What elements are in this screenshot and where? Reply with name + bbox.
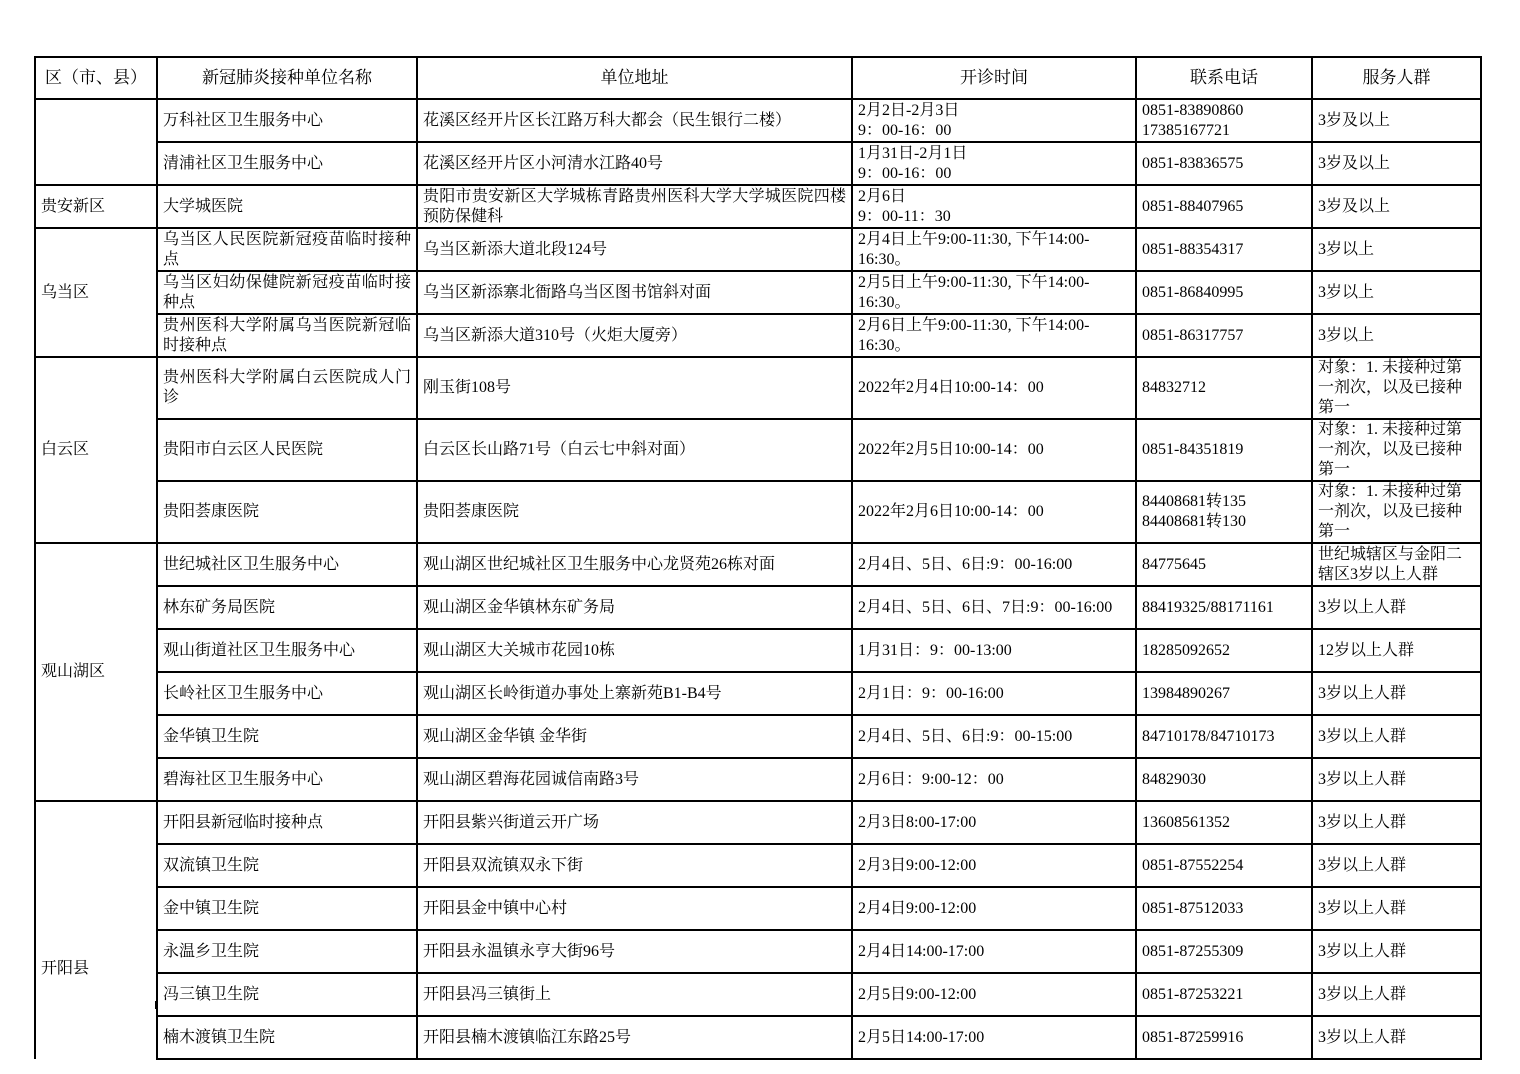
phone-cell: 0851-83890860 17385167721: [1136, 99, 1312, 142]
time-cell: 2月6日 9：00-11：30: [852, 185, 1136, 228]
service-cell: 对象：1. 未接种过第一剂次，以及已接种第一: [1312, 481, 1481, 543]
service-cell: 对象：1. 未接种过第一剂次，以及已接种第一: [1312, 357, 1481, 419]
time-cell: 2月3日9:00-12:00: [852, 844, 1136, 887]
service-cell: 3岁以上: [1312, 271, 1481, 314]
service-cell: 世纪城辖区与金阳二辖区3岁以上人群: [1312, 543, 1481, 586]
service-cell: 3岁以上人群: [1312, 887, 1481, 930]
unit-name-cell: 楠木渡镇卫生院: [157, 1016, 417, 1059]
time-cell: 2月4日、5日、6日、7日:9：00-16:00: [852, 586, 1136, 629]
phone-cell: 0851-86840995: [1136, 271, 1312, 314]
address-cell: 刚玉街108号: [417, 357, 852, 419]
table-row: 白云区贵州医科大学附属白云医院成人门诊刚玉街108号2022年2月4日10:00…: [35, 357, 1481, 419]
unit-name-cell: 贵阳市白云区人民医院: [157, 419, 417, 481]
phone-cell: 0851-87259916: [1136, 1016, 1312, 1059]
region-cell: 观山湖区: [35, 543, 157, 801]
header-time: 开诊时间: [852, 57, 1136, 99]
time-cell: 2月1日：9：00-16:00: [852, 672, 1136, 715]
table-row: 乌当区妇幼保健院新冠疫苗临时接种点乌当区新添寨北衙路乌当区图书馆斜对面2月5日上…: [35, 271, 1481, 314]
time-cell: 2022年2月5日10:00-14：00: [852, 419, 1136, 481]
table-row: 贵安新区大学城医院贵阳市贵安新区大学城栋青路贵州医科大学大学城医院四楼预防保健科…: [35, 185, 1481, 228]
phone-cell: 88419325/88171161: [1136, 586, 1312, 629]
phone-cell: 0851-84351819: [1136, 419, 1312, 481]
address-cell: 开阳县双流镇双永下街: [417, 844, 852, 887]
address-cell: 开阳县冯三镇街上: [417, 973, 852, 1016]
unit-name-cell: 世纪城社区卫生服务中心: [157, 543, 417, 586]
phone-cell: 0851-86317757: [1136, 314, 1312, 357]
service-cell: 3岁及以上: [1312, 185, 1481, 228]
column-border-stub: [155, 1001, 157, 1009]
phone-cell: 18285092652: [1136, 629, 1312, 672]
header-row: 区（市、县） 新冠肺炎接种单位名称 单位地址 开诊时间 联系电话 服务人群: [35, 57, 1481, 99]
vaccination-sites-table: 区（市、县） 新冠肺炎接种单位名称 单位地址 开诊时间 联系电话 服务人群 万科…: [34, 56, 1482, 1060]
table-row: 贵州医科大学附属乌当医院新冠临时接种点乌当区新添大道310号（火炬大厦旁）2月6…: [35, 314, 1481, 357]
service-cell: 12岁以上人群: [1312, 629, 1481, 672]
address-cell: 乌当区新添大道310号（火炬大厦旁）: [417, 314, 852, 357]
header-region: 区（市、县）: [35, 57, 157, 99]
address-cell: 乌当区新添大道北段124号: [417, 228, 852, 271]
service-cell: 3岁以上人群: [1312, 1016, 1481, 1059]
service-cell: 3岁以上: [1312, 228, 1481, 271]
time-cell: 2月3日8:00-17:00: [852, 801, 1136, 844]
table-row: 观山街道社区卫生服务中心观山湖区大关城市花园10栋1月31日：9：00-13:0…: [35, 629, 1481, 672]
unit-name-cell: 万科社区卫生服务中心: [157, 99, 417, 142]
unit-name-cell: 乌当区妇幼保健院新冠疫苗临时接种点: [157, 271, 417, 314]
unit-name-cell: 清浦社区卫生服务中心: [157, 142, 417, 185]
address-cell: 白云区长山路71号（白云七中斜对面）: [417, 419, 852, 481]
address-cell: 乌当区新添寨北衙路乌当区图书馆斜对面: [417, 271, 852, 314]
address-cell: 观山湖区金华镇林东矿务局: [417, 586, 852, 629]
phone-cell: 0851-87255309: [1136, 930, 1312, 973]
table-row: 冯三镇卫生院开阳县冯三镇街上2月5日9:00-12:000851-8725322…: [35, 973, 1481, 1016]
service-cell: 3岁以上人群: [1312, 973, 1481, 1016]
phone-cell: 0851-87512033: [1136, 887, 1312, 930]
phone-cell: 84710178/84710173: [1136, 715, 1312, 758]
unit-name-cell: 长岭社区卫生服务中心: [157, 672, 417, 715]
address-cell: 花溪区经开片区长江路万科大都会（民生银行二楼）: [417, 99, 852, 142]
table-row: 万科社区卫生服务中心花溪区经开片区长江路万科大都会（民生银行二楼）2月2日-2月…: [35, 99, 1481, 142]
table-row: 贵阳市白云区人民医院白云区长山路71号（白云七中斜对面）2022年2月5日10:…: [35, 419, 1481, 481]
header-unit-name: 新冠肺炎接种单位名称: [157, 57, 417, 99]
address-cell: 观山湖区碧海花园诚信南路3号: [417, 758, 852, 801]
address-cell: 开阳县楠木渡镇临江东路25号: [417, 1016, 852, 1059]
unit-name-cell: 金中镇卫生院: [157, 887, 417, 930]
address-cell: 观山湖区长岭街道办事处上寨新苑B1-B4号: [417, 672, 852, 715]
service-cell: 3岁以上: [1312, 314, 1481, 357]
address-cell: 观山湖区金华镇 金华街: [417, 715, 852, 758]
address-cell: 开阳县金中镇中心村: [417, 887, 852, 930]
address-cell: 贵阳荟康医院: [417, 481, 852, 543]
region-cell: 开阳县: [35, 801, 157, 1059]
table-row: 楠木渡镇卫生院开阳县楠木渡镇临江东路25号2月5日14:00-17:000851…: [35, 1016, 1481, 1059]
unit-name-cell: 双流镇卫生院: [157, 844, 417, 887]
service-cell: 3岁及以上: [1312, 99, 1481, 142]
time-cell: 2月5日上午9:00-11:30, 下午14:00-16:30。: [852, 271, 1136, 314]
service-cell: 3岁及以上: [1312, 142, 1481, 185]
phone-cell: 0851-83836575: [1136, 142, 1312, 185]
table-row: 贵阳荟康医院贵阳荟康医院2022年2月6日10:00-14：0084408681…: [35, 481, 1481, 543]
unit-name-cell: 金华镇卫生院: [157, 715, 417, 758]
unit-name-cell: 乌当区人民医院新冠疫苗临时接种点: [157, 228, 417, 271]
table-row: 金中镇卫生院开阳县金中镇中心村2月4日9:00-12:000851-875120…: [35, 887, 1481, 930]
service-cell: 3岁以上人群: [1312, 930, 1481, 973]
unit-name-cell: 贵州医科大学附属乌当医院新冠临时接种点: [157, 314, 417, 357]
time-cell: 2月2日-2月3日 9：00-16：00: [852, 99, 1136, 142]
unit-name-cell: 碧海社区卫生服务中心: [157, 758, 417, 801]
region-cell: 白云区: [35, 357, 157, 543]
table-header: 区（市、县） 新冠肺炎接种单位名称 单位地址 开诊时间 联系电话 服务人群: [35, 57, 1481, 99]
unit-name-cell: 观山街道社区卫生服务中心: [157, 629, 417, 672]
phone-cell: 84775645: [1136, 543, 1312, 586]
region-cell: [35, 99, 157, 185]
service-cell: 3岁以上人群: [1312, 758, 1481, 801]
unit-name-cell: 大学城医院: [157, 185, 417, 228]
time-cell: 1月31日-2月1日 9：00-16：00: [852, 142, 1136, 185]
time-cell: 2022年2月4日10:00-14：00: [852, 357, 1136, 419]
table-row: 乌当区乌当区人民医院新冠疫苗临时接种点乌当区新添大道北段124号2月4日上午9:…: [35, 228, 1481, 271]
region-cell: 乌当区: [35, 228, 157, 357]
phone-cell: 0851-88354317: [1136, 228, 1312, 271]
phone-cell: 84829030: [1136, 758, 1312, 801]
phone-cell: 0851-87552254: [1136, 844, 1312, 887]
service-cell: 3岁以上人群: [1312, 672, 1481, 715]
table-row: 永温乡卫生院开阳县永温镇永亨大街96号2月4日14:00-17:000851-8…: [35, 930, 1481, 973]
service-cell: 对象：1. 未接种过第一剂次，以及已接种第一: [1312, 419, 1481, 481]
time-cell: 2月5日14:00-17:00: [852, 1016, 1136, 1059]
region-cell: 贵安新区: [35, 185, 157, 228]
phone-cell: 13984890267: [1136, 672, 1312, 715]
unit-name-cell: 贵阳荟康医院: [157, 481, 417, 543]
table-row: 金华镇卫生院观山湖区金华镇 金华街2月4日、5日、6日:9：00-15:0084…: [35, 715, 1481, 758]
time-cell: 2月6日：9:00-12：00: [852, 758, 1136, 801]
table-row: 长岭社区卫生服务中心观山湖区长岭街道办事处上寨新苑B1-B4号2月1日：9：00…: [35, 672, 1481, 715]
service-cell: 3岁以上人群: [1312, 715, 1481, 758]
unit-name-cell: 贵州医科大学附属白云医院成人门诊: [157, 357, 417, 419]
address-cell: 观山湖区大关城市花园10栋: [417, 629, 852, 672]
time-cell: 2月6日上午9:00-11:30, 下午14:00-16:30。: [852, 314, 1136, 357]
time-cell: 2月5日9:00-12:00: [852, 973, 1136, 1016]
table-body: 万科社区卫生服务中心花溪区经开片区长江路万科大都会（民生银行二楼）2月2日-2月…: [35, 99, 1481, 1059]
header-address: 单位地址: [417, 57, 852, 99]
table-row: 开阳县开阳县新冠临时接种点开阳县紫兴街道云开广场2月3日8:00-17:0013…: [35, 801, 1481, 844]
time-cell: 2月4日14:00-17:00: [852, 930, 1136, 973]
time-cell: 2月4日9:00-12:00: [852, 887, 1136, 930]
table-row: 双流镇卫生院开阳县双流镇双永下街2月3日9:00-12:000851-87552…: [35, 844, 1481, 887]
service-cell: 3岁以上人群: [1312, 801, 1481, 844]
time-cell: 2月4日、5日、6日:9：00-15:00: [852, 715, 1136, 758]
vaccination-table-sheet: 区（市、县） 新冠肺炎接种单位名称 单位地址 开诊时间 联系电话 服务人群 万科…: [34, 56, 1482, 1060]
table-row: 碧海社区卫生服务中心观山湖区碧海花园诚信南路3号2月6日：9:00-12：008…: [35, 758, 1481, 801]
time-cell: 2022年2月6日10:00-14：00: [852, 481, 1136, 543]
header-phone: 联系电话: [1136, 57, 1312, 99]
unit-name-cell: 冯三镇卫生院: [157, 973, 417, 1016]
phone-cell: 13608561352: [1136, 801, 1312, 844]
time-cell: 1月31日：9：00-13:00: [852, 629, 1136, 672]
column-border-stub: [34, 1001, 36, 1009]
unit-name-cell: 林东矿务局医院: [157, 586, 417, 629]
table-row: 林东矿务局医院观山湖区金华镇林东矿务局2月4日、5日、6日、7日:9：00-16…: [35, 586, 1481, 629]
address-cell: 开阳县紫兴街道云开广场: [417, 801, 852, 844]
header-service: 服务人群: [1312, 57, 1481, 99]
address-cell: 贵阳市贵安新区大学城栋青路贵州医科大学大学城医院四楼预防保健科: [417, 185, 852, 228]
phone-cell: 84832712: [1136, 357, 1312, 419]
phone-cell: 0851-88407965: [1136, 185, 1312, 228]
table-row: 清浦社区卫生服务中心花溪区经开片区小河清水江路40号1月31日-2月1日 9：0…: [35, 142, 1481, 185]
phone-cell: 84408681转135 84408681转130: [1136, 481, 1312, 543]
address-cell: 开阳县永温镇永亨大街96号: [417, 930, 852, 973]
address-cell: 观山湖区世纪城社区卫生服务中心龙贤苑26栋对面: [417, 543, 852, 586]
unit-name-cell: 永温乡卫生院: [157, 930, 417, 973]
service-cell: 3岁以上人群: [1312, 844, 1481, 887]
unit-name-cell: 开阳县新冠临时接种点: [157, 801, 417, 844]
time-cell: 2月4日上午9:00-11:30, 下午14:00-16:30。: [852, 228, 1136, 271]
address-cell: 花溪区经开片区小河清水江路40号: [417, 142, 852, 185]
phone-cell: 0851-87253221: [1136, 973, 1312, 1016]
table-row: 观山湖区世纪城社区卫生服务中心观山湖区世纪城社区卫生服务中心龙贤苑26栋对面2月…: [35, 543, 1481, 586]
service-cell: 3岁以上人群: [1312, 586, 1481, 629]
time-cell: 2月4日、5日、6日:9：00-16:00: [852, 543, 1136, 586]
